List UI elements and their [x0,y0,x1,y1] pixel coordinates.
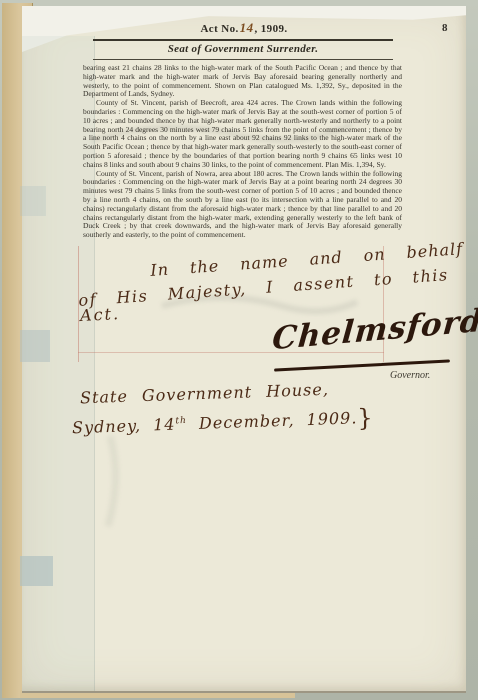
paragraph: bearing east 21 chains 28 links to the h… [83,64,402,99]
document-title: Seat of Government Surrender. [93,43,393,55]
header-rule-bottom [93,59,393,60]
paragraph: County of St. Vincent, parish of Nowra, … [83,170,402,240]
act-header: Act No.14, 1909. [22,20,466,36]
date-text-rest: December, 1909. [187,408,358,433]
header-rule-top [93,39,393,41]
act-year-label: , 1909. [254,23,287,35]
scanned-document-photo: Act No.14, 1909. 8 Seat of Government Su… [0,0,478,700]
governor-printed-label: Governor. [390,370,430,381]
date-ordinal-suffix: th [175,416,187,426]
paragraph: County of St. Vincent, parish of Beecrof… [83,99,402,169]
act-prefix-label: Act No. [200,23,238,35]
page-number: 8 [442,22,448,34]
act-number-handwritten: 14 [239,20,255,35]
closing-brace: } [357,404,374,433]
assent-note-line-3: Act. [80,304,121,325]
date-text: Sydney, 14 [72,415,176,438]
red-margin-rule-bottom [78,352,384,353]
document-page: Act No.14, 1909. 8 Seat of Government Su… [22,6,466,693]
body-text: bearing east 21 chains 28 links to the h… [83,64,402,240]
